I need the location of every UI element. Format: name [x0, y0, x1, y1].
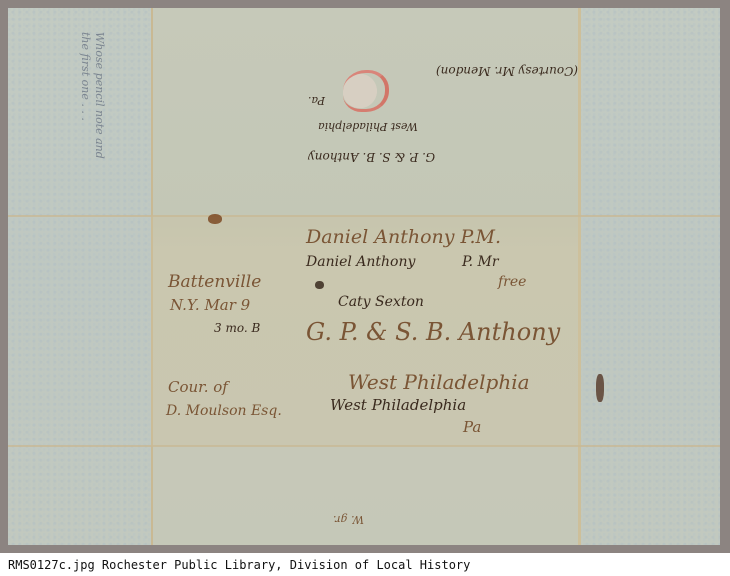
wax-seal-mark — [343, 70, 389, 112]
destination-state: Pa — [463, 418, 481, 436]
postmaster-signature: Daniel Anthony P.M. — [306, 226, 501, 248]
ink-blot — [315, 281, 324, 289]
postage-rate: 3 mo. B — [214, 321, 260, 335]
upside-courtesy-note: (Courtesy Mr. Mendon) — [436, 64, 578, 78]
fold-line-bottom — [8, 445, 720, 447]
postmark-town: Battenville — [168, 272, 261, 292]
pencil-note-line1: Whose pencil note and — [93, 32, 106, 159]
pm-mark: P. Mr — [462, 254, 499, 270]
pencil-note-line2: the first one . . . — [79, 32, 92, 121]
upside-state: Pa. — [308, 94, 325, 107]
destination-city-2: West Philadelphia — [330, 396, 466, 414]
image-caption: RMS0127c.jpg Rochester Public Library, D… — [8, 558, 470, 572]
care-of-name: Caty Sexton — [338, 294, 424, 310]
sender-signature: Daniel Anthony — [306, 254, 415, 270]
upside-recipient: G. P. & S. B. Anthony — [308, 150, 435, 164]
letter-paper: (Courtesy Mr. Mendon) G. P. & S. B. Anth… — [8, 8, 720, 545]
ink-stain — [208, 214, 222, 224]
courtesy-line2: D. Moulson Esq. — [166, 403, 282, 419]
scan-frame: (Courtesy Mr. Mendon) G. P. & S. B. Anth… — [0, 0, 730, 553]
ink-drip — [596, 374, 604, 402]
postmark-date: N.Y. Mar 9 — [170, 296, 250, 314]
courtesy-line1: Cour. of — [168, 378, 228, 396]
free-frank: free — [498, 274, 526, 290]
bottom-note: W. gr. — [333, 513, 364, 526]
destination-city: West Philadelphia — [348, 370, 530, 394]
recipient-name: G. P. & S. B. Anthony — [306, 318, 560, 346]
fold-line-top — [8, 215, 720, 217]
upside-destination: West Philadelphia — [318, 120, 418, 133]
